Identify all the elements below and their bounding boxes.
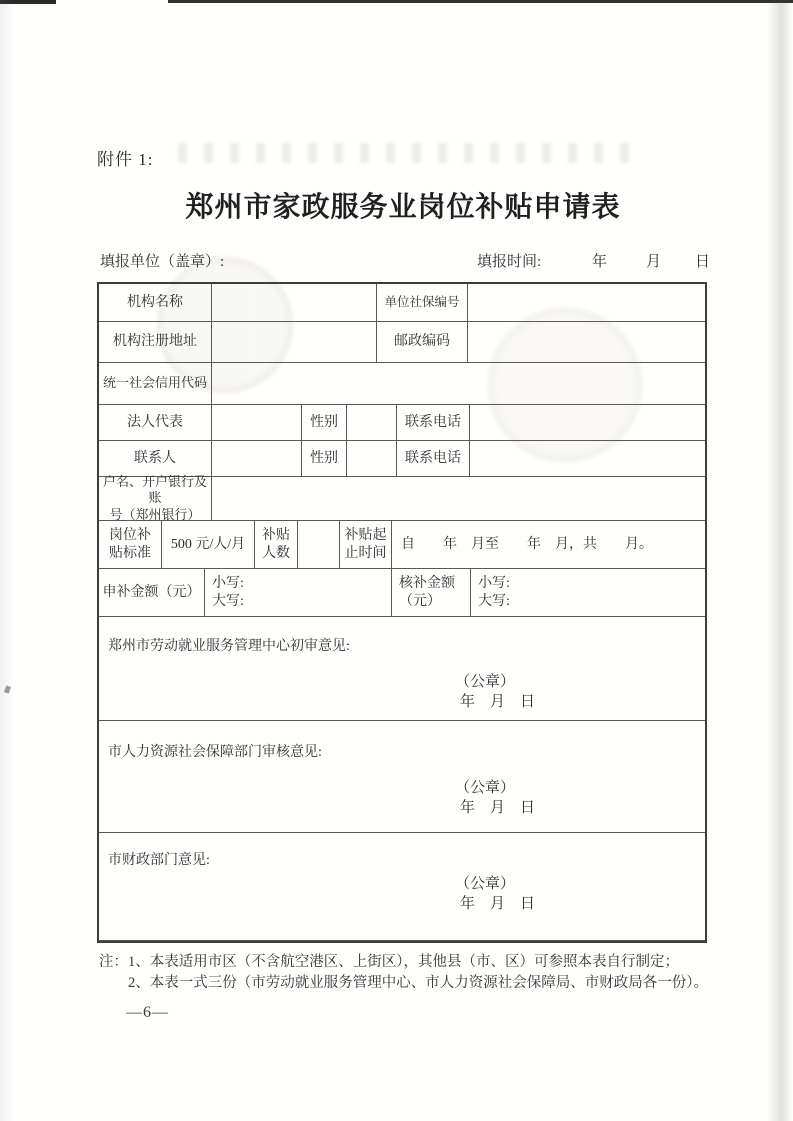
credit-code-label: 统一社会信用代码 <box>99 363 212 404</box>
footnote-2: 2、本表一式三份（市劳动就业服务管理中心、市人力资源社会保障局、市财政局各一份）… <box>128 973 739 994</box>
bank-account-label-line1: 户名、开户银行及账 <box>99 474 211 507</box>
date-line-label: 年 月 日 <box>455 692 535 712</box>
approved-amount-label-line1: 核补金额 <box>399 575 455 593</box>
contact-gender-value-cell <box>347 441 397 476</box>
fill-unit-label: 填报单位（盖章）: <box>100 250 224 271</box>
review-hr-sign-block: （公章） 年 月 日 <box>455 778 535 819</box>
fill-time-month-label: 月 <box>646 250 661 271</box>
review-finance-sign-block: （公章） 年 月 日 <box>455 874 535 915</box>
date-line-label: 年 月 日 <box>455 798 535 818</box>
row-bank-account: 户名、开户银行及账 号（郑州银行） <box>99 477 705 521</box>
applied-amount-label: 申补金额（元） <box>99 569 205 616</box>
subsidy-period-value: 自 年 月至 年 月，共 月。 <box>392 521 705 568</box>
social-no-value-cell <box>468 284 705 321</box>
applied-amount-big-label: 大写: <box>212 593 244 611</box>
subsidy-standard-label: 岗位补 贴标准 <box>99 521 162 568</box>
subsidy-headcount-label-line1: 补贴 <box>262 527 290 545</box>
footnote-1: 1、本表适用市区（不含航空港区、上街区），其他县（市、区）可参照本表自行制定； <box>128 952 739 973</box>
contact-phone-label: 联系电话 <box>397 441 470 476</box>
legal-rep-gender-value-cell <box>347 405 397 440</box>
subsidy-period-label-line1: 补贴起 <box>345 527 387 545</box>
legal-rep-phone-label: 联系电话 <box>397 405 470 440</box>
approved-amount-big-label: 大写: <box>478 593 510 611</box>
postcode-label: 邮政编码 <box>377 322 468 362</box>
review-center-label: 郑州市劳动就业服务管理中心初审意见: <box>108 635 350 655</box>
scan-edge-artifact <box>168 0 793 3</box>
review-center-sign-block: （公章） 年 月 日 <box>455 672 535 713</box>
postcode-value-cell <box>468 322 705 362</box>
review-hr-label: 市人力资源社会保障部门审核意见: <box>108 741 322 761</box>
subsidy-standard-label-line2: 贴标准 <box>109 545 151 563</box>
subsidy-period-label: 补贴起 止时间 <box>340 521 392 568</box>
legal-rep-gender-label: 性别 <box>302 405 347 440</box>
application-table: 机构名称 单位社保编号 机构注册地址 邮政编码 统一社会信用代码 法人代表 性别… <box>97 282 707 943</box>
address-value-cell <box>212 322 377 362</box>
footnote-items: 1、本表适用市区（不含航空港区、上街区），其他县（市、区）可参照本表自行制定； … <box>128 952 739 993</box>
scan-shadow-left <box>0 0 14 1121</box>
legal-rep-phone-value-cell <box>470 405 705 440</box>
fill-time-label: 填报时间: <box>477 250 541 271</box>
subsidy-standard-label-line1: 岗位补 <box>109 527 151 545</box>
page-number: —6— <box>126 1004 169 1022</box>
row-address: 机构注册地址 邮政编码 <box>99 322 705 363</box>
applied-amount-small-label: 小写: <box>212 575 244 593</box>
subsidy-headcount-value-cell <box>298 521 340 568</box>
seal-label: （公章） <box>455 778 535 798</box>
legal-rep-value-cell <box>212 405 302 440</box>
bank-account-value-cell <box>212 477 705 520</box>
row-review-center: 郑州市劳动就业服务管理中心初审意见: （公章） 年 月 日 <box>99 617 705 721</box>
scan-bleedthrough-text <box>178 143 646 163</box>
approved-amount-label: 核补金额 （元） <box>392 569 471 616</box>
row-org-name: 机构名称 单位社保编号 <box>99 284 705 322</box>
applied-amount-value-cell: 小写: 大写: <box>205 569 392 616</box>
attachment-label: 附件 1: <box>97 145 153 170</box>
row-review-finance: 市财政部门意见: （公章） 年 月 日 <box>99 833 705 941</box>
approved-amount-value-cell: 小写: 大写: <box>471 569 705 616</box>
row-review-hr: 市人力资源社会保障部门审核意见: （公章） 年 月 日 <box>99 721 705 833</box>
seal-label: （公章） <box>455 874 535 894</box>
contact-value-cell <box>212 441 302 476</box>
seal-label: （公章） <box>455 672 535 692</box>
fill-info-line: 填报单位（盖章）: 填报时间: 年 月 日 <box>0 250 793 272</box>
bank-account-label: 户名、开户银行及账 号（郑州银行） <box>99 477 212 520</box>
fill-time-year-label: 年 <box>592 250 607 271</box>
address-label: 机构注册地址 <box>99 322 212 362</box>
footnotes: 注： 1、本表适用市区（不含航空港区、上街区），其他县（市、区）可参照本表自行制… <box>99 952 739 993</box>
contact-phone-value-cell <box>470 441 705 476</box>
subsidy-period-label-line2: 止时间 <box>345 545 387 563</box>
legal-rep-label: 法人代表 <box>99 405 212 440</box>
review-finance-label: 市财政部门意见: <box>108 849 210 869</box>
subsidy-headcount-label: 补贴 人数 <box>255 521 298 568</box>
approved-amount-small-label: 小写: <box>478 575 510 593</box>
page-title: 郑州市家政服务业岗位补贴申请表 <box>99 185 707 225</box>
row-subsidy: 岗位补 贴标准 500 元/人/月 补贴 人数 补贴起 止时间 自 年 月至 年… <box>99 521 705 569</box>
org-name-label: 机构名称 <box>99 284 212 321</box>
subsidy-standard-value: 500 元/人/月 <box>162 521 255 568</box>
contact-gender-label: 性别 <box>302 441 347 476</box>
fill-time-day-label: 日 <box>695 250 710 271</box>
subsidy-headcount-label-line2: 人数 <box>262 545 290 563</box>
row-contact: 联系人 性别 联系电话 <box>99 441 705 477</box>
credit-code-value-cell <box>212 363 705 404</box>
row-legal-rep: 法人代表 性别 联系电话 <box>99 405 705 441</box>
scanned-form-page: 附件 1: 郑州市家政服务业岗位补贴申请表 填报单位（盖章）: 填报时间: 年 … <box>0 0 793 1121</box>
scan-shadow-right <box>767 0 793 1121</box>
row-credit-code: 统一社会信用代码 <box>99 363 705 405</box>
org-name-value-cell <box>212 284 377 321</box>
contact-label: 联系人 <box>99 441 212 476</box>
approved-amount-label-line2: （元） <box>399 593 441 611</box>
row-amounts: 申补金额（元） 小写: 大写: 核补金额 （元） 小写: 大写: <box>99 569 705 617</box>
social-no-label: 单位社保编号 <box>377 284 468 321</box>
date-line-label: 年 月 日 <box>455 894 535 914</box>
footnote-prefix: 注： <box>99 952 128 993</box>
